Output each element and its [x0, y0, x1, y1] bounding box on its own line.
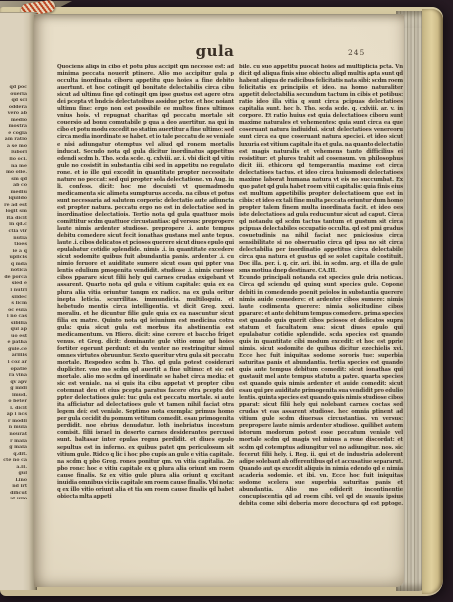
book-block: qd pocoueriaqd sciodderavero abmediomost…	[0, 7, 443, 596]
right-column-paragraph: SEcundo principali notanda est species g…	[239, 275, 403, 507]
left-column-text: Quociens aliqs in cibo et potu plus acci…	[57, 64, 234, 501]
photo-background: qd pocoueriaqd sciodderavero abmediomost…	[0, 0, 453, 602]
right-column-paragraph-text: Ecundo principali notanda est species gu…	[239, 275, 403, 507]
facing-page-edge: qd pocoueriaqd sciodderavero abmediomost…	[0, 12, 37, 590]
running-header: gula	[34, 42, 396, 60]
facing-text-fragment: at uilo	[1, 497, 27, 499]
folio-number: 245	[348, 48, 365, 57]
book-cover-edge	[422, 9, 443, 594]
text-column-left: Quociens aliqs in cibo et potu plus acci…	[57, 64, 234, 507]
facing-text-fragment: cte no ca	[1, 458, 27, 465]
right-column-continuation: bile. cu suo appetitu puocat hoies ad mu…	[239, 64, 403, 275]
facing-text-fragment: am ratio	[1, 137, 27, 144]
text-column-right: bile. cu suo appetitu puocat hoies ad mu…	[239, 64, 403, 507]
book-page: gula 245 Quociens aliqs in cibo et potu …	[34, 14, 404, 587]
facing-page-text-fragments: qd pocoueriaqd sciodderavero abmediomost…	[1, 85, 27, 499]
